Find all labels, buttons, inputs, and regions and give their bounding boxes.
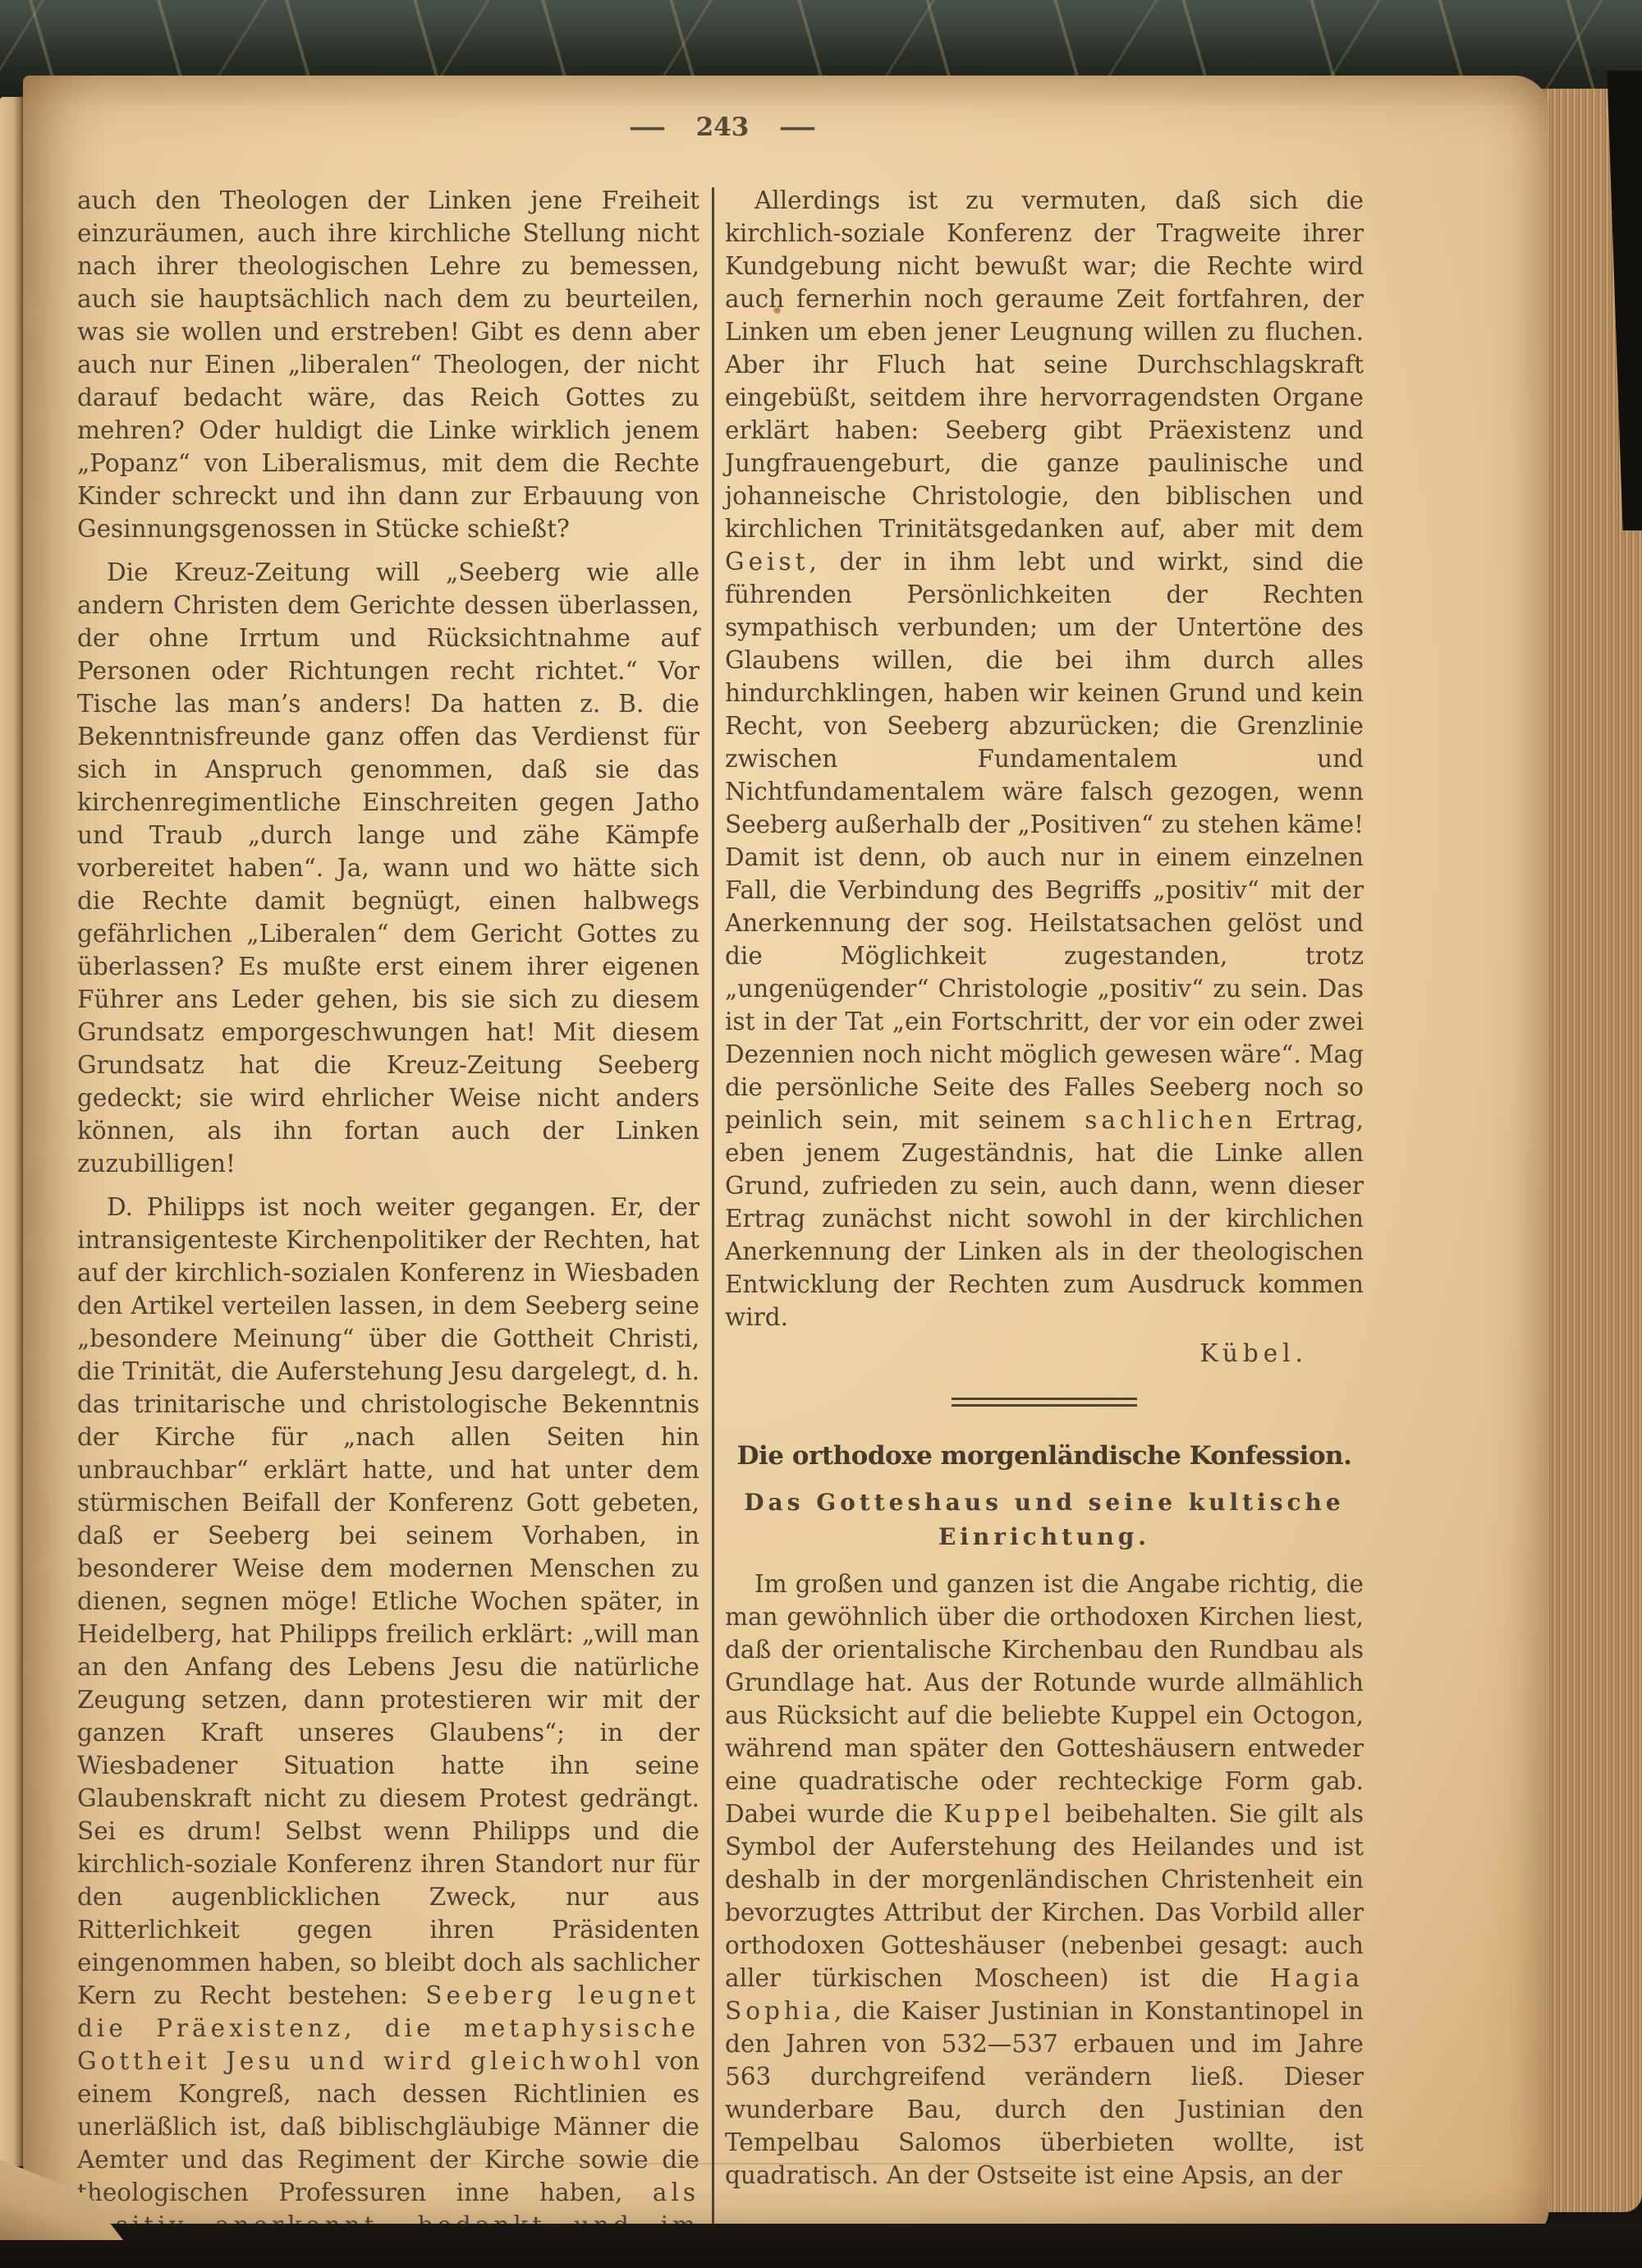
section-divider-rule	[952, 1398, 1137, 1407]
emphasized-text: Kuppel	[943, 1800, 1054, 1828]
column-rule	[712, 187, 714, 2266]
article-title: Die orthodoxe morgenländische Konfession…	[725, 1439, 1364, 1472]
body-text: , der in ihm lebt und wirkt, sind die fü…	[725, 548, 1364, 1134]
paragraph: auch den Theologen der Linken jene Freih…	[77, 184, 699, 545]
author-signature: Kübel.	[725, 1337, 1364, 1370]
body-text: Die Kreuz-Zeitung will „Seeberg wie alle…	[77, 558, 699, 1178]
article-subtitle: Das Gotteshaus und seine kultische Einri…	[725, 1485, 1364, 1554]
paragraph: Im großen und ganzen ist die Angabe rich…	[725, 1568, 1364, 2192]
book-page: — 243 — auch den Theologen der Linken je…	[23, 76, 1548, 2235]
page-content: — 243 — auch den Theologen der Linken je…	[77, 108, 1368, 2268]
body-text: D. Philipps ist noch weiter gegangen. Er…	[77, 1193, 699, 2009]
paragraph: Allerdings ist zu vermuten, daß sich die…	[725, 184, 1364, 1334]
body-text: beibehalten. Sie gilt als Symbol der Auf…	[725, 1800, 1364, 1992]
body-text: Ertrag, eben jenem Zugeständnis, hat die…	[725, 1106, 1364, 1331]
header-dash-right: —	[779, 112, 818, 142]
text-columns: auch den Theologen der Linken jene Freih…	[77, 184, 1368, 2268]
book-cover-bottom	[0, 2224, 1642, 2268]
right-column: Allerdings ist zu vermuten, daß sich die…	[725, 184, 1364, 2268]
article-body: Im großen und ganzen ist die Angabe rich…	[725, 1568, 1364, 2192]
paragraph: Die Kreuz-Zeitung will „Seeberg wie alle…	[77, 556, 699, 1180]
facing-page-edge-left	[0, 97, 25, 2166]
body-text: , die Kaiser Justinian in Konstantinopel…	[725, 1997, 1364, 2189]
left-column: auch den Theologen der Linken jene Freih…	[77, 184, 699, 2268]
emphasized-text: sachlichen	[1085, 1106, 1256, 1134]
body-text: auch den Theologen der Linken jene Freih…	[77, 186, 699, 543]
page-number: 243	[696, 112, 750, 142]
body-text: Allerdings ist zu vermuten, daß sich die…	[725, 186, 1364, 543]
paragraph: D. Philipps ist noch weiter gegangen. Er…	[77, 1191, 699, 2268]
page-header: — 243 —	[77, 108, 1368, 146]
emphasized-text: Geist	[725, 548, 809, 576]
body-text: Im großen und ganzen ist die Angabe rich…	[725, 1570, 1364, 1828]
right-column-body: Allerdings ist zu vermuten, daß sich die…	[725, 184, 1364, 1334]
header-dash-left: —	[628, 112, 667, 142]
